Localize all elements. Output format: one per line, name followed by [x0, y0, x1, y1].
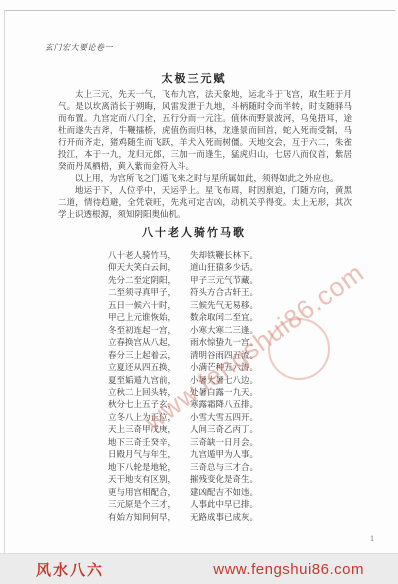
verse-right: 三候先气无易移。 [190, 299, 276, 311]
verse-right: 无路成事已成灰。 [190, 511, 276, 523]
verse-line: 冬至初连起一宫，小寒大寒二三逢。 [108, 324, 278, 336]
verse-line: 立春换宫从八起，雨水惊蛰九一宫。 [108, 336, 278, 348]
verse-line: 甲己上元谁恢始，数余取闰二至宜。 [108, 311, 278, 323]
verse-right: 三奇总与三才合。 [190, 461, 276, 473]
verse-line: 立冬八上为正位，小雪大雪五四开。 [108, 411, 278, 423]
verse-line: 地下八轮是地轮，三奇总与三才合。 [108, 461, 278, 473]
verse-left: 天干地支有区别， [108, 473, 190, 485]
verse-left: 甲己上元谁恢始， [108, 311, 190, 323]
verse-line: 天干地支有区别，摧残变化是奇生。 [108, 473, 278, 485]
verse-line: 立夏还从四五换，小满芒种五六涛。 [108, 361, 278, 373]
verse-right: 小暑大暑七八边。 [190, 374, 276, 386]
verse-line: 秋分七上五子玄，寒露霜降八五排。 [108, 398, 278, 410]
verse-line: 立秋二上回头转，处暑白露一九天。 [108, 386, 278, 398]
verse-right: 处暑白露一九天。 [190, 386, 276, 398]
verse-left: 三元原是个三才， [108, 498, 190, 510]
verse-left: 立秋二上回头转， [108, 386, 190, 398]
verse-right: 数余取闰二至宜。 [190, 311, 276, 323]
footer-banner: 风水八六 www.fengshui86.com [0, 553, 398, 584]
verse-right: 人事此中早已排。 [190, 498, 276, 510]
verse-line: 天上三奇甲戊庚，人间三奇乙丙丁。 [108, 423, 278, 435]
verse-left: 更与用宫相配合， [108, 486, 190, 498]
paragraph: 太上三元，先天一气，飞布九宫，法天象地，运北斗于飞宫，取生旺于月气。是以坎离消长… [58, 88, 352, 172]
paragraph: 以上用，为宫所飞之门遁飞来之时与星所属如此，须得如此之外应也。 [58, 172, 352, 184]
verse-left: 夏至姤遁九宫前， [108, 374, 190, 386]
verse-line: 五日一候六十时，三候先气无易移。 [108, 299, 278, 311]
verse-left: 地下三奇壬癸辛， [108, 436, 190, 448]
verse-line: 三元原是个三才，人事此中早已排。 [108, 498, 278, 510]
verse-line: 有始方知间何早，无路成事已成灰。 [108, 511, 278, 523]
verse-left: 二至须寻真甲子， [108, 286, 190, 298]
verse-right: 清明谷雨四五流。 [190, 349, 276, 361]
verse-right: 道山狂猿多少话。 [190, 261, 276, 273]
verse-right: 寒露霜降八五排。 [190, 398, 276, 410]
verse-line: 八十老人骑竹马，失却铁鞭长林下。 [108, 249, 278, 261]
verse-right: 甲子三元气节藏。 [190, 274, 276, 286]
verse-left: 秋分七上五子玄， [108, 398, 190, 410]
verse-left: 天上三奇甲戊庚， [108, 423, 190, 435]
verse-line: 日殿月气与年生，九宫遁甲为人事。 [108, 448, 278, 460]
verse-right: 小满芒种五六涛。 [190, 361, 276, 373]
verse-right: 人间三奇乙丙丁。 [190, 423, 276, 435]
verse-left: 日殿月气与年生， [108, 448, 190, 460]
verse-right: 符头方合古轩王。 [190, 286, 276, 298]
verse-left: 春分三上起着云， [108, 349, 190, 361]
verse-right: 雨水惊蛰九一宫。 [190, 336, 276, 348]
verse-right: 建凶配吉不如违。 [190, 486, 276, 498]
verse-line: 二至须寻真甲子，符头方合古轩王。 [108, 286, 278, 298]
verse-left: 立春换宫从八起， [108, 336, 190, 348]
verse-block: 八十老人骑竹马，失却铁鞭长林下。 仰天大笑白云间，道山狂猿多少话。 先分二至定阴… [108, 249, 278, 523]
verse-left: 有始方知间何早， [108, 511, 190, 523]
verse-left: 冬至初连起一宫， [108, 324, 190, 336]
footer-site-url: www.fengshui86.com [213, 561, 364, 578]
verse-line: 地下三奇壬癸辛，三奇缺一日月会。 [108, 436, 278, 448]
verse-line: 仰天大笑白云间，道山狂猿多少话。 [108, 261, 278, 273]
verse-line: 更与用宫相配合，建凶配吉不如违。 [108, 486, 278, 498]
section-title-taiji-sanyuan: 太极三元赋 [0, 70, 388, 86]
verse-left: 立夏还从四五换， [108, 361, 190, 373]
footer-site-name: 风水八六 [36, 559, 104, 580]
page-number: 1 [370, 534, 374, 543]
verse-line: 夏至姤遁九宫前，小暑大暑七八边。 [108, 374, 278, 386]
verse-left: 立冬八上为正位， [108, 411, 190, 423]
scanned-page: 玄门宏大要论卷一 太极三元赋 太上三元，先天一气，飞布九宫，法天象地，运北斗于飞… [0, 0, 398, 584]
verse-right: 小寒大寒二三逢。 [190, 324, 276, 336]
body-paragraphs: 太上三元，先天一气，飞布九宫，法天象地，运北斗于飞宫，取生旺于月气。是以坎离消长… [58, 88, 352, 220]
verse-left: 八十老人骑竹马， [108, 249, 190, 261]
verse-left: 五日一候六十时， [108, 299, 190, 311]
verse-left: 先分二至定阴阳， [108, 274, 190, 286]
running-header: 玄门宏大要论卷一 [45, 42, 113, 53]
verse-line: 先分二至定阴阳，甲子三元气节藏。 [108, 274, 278, 286]
verse-line: 春分三上起着云，清明谷雨四五流。 [108, 349, 278, 361]
verse-left: 仰天大笑白云间， [108, 261, 190, 273]
verse-right: 失却铁鞭长林下。 [190, 249, 276, 261]
verse-right: 小雪大雪五四开。 [190, 411, 276, 423]
verse-right: 三奇缺一日月会。 [190, 436, 276, 448]
verse-right: 摧残变化是奇生。 [190, 473, 276, 485]
section-title-song: 八十老人骑竹马歌 [0, 224, 388, 240]
verse-left: 地下八轮是地轮， [108, 461, 190, 473]
paragraph: 地运于下，人位乎中，天运乎上。星飞布周，时因禀迫，门随方向，黄黑二道，情待趋避，… [58, 184, 352, 220]
verse-right: 九宫遁甲为人事。 [190, 448, 276, 460]
